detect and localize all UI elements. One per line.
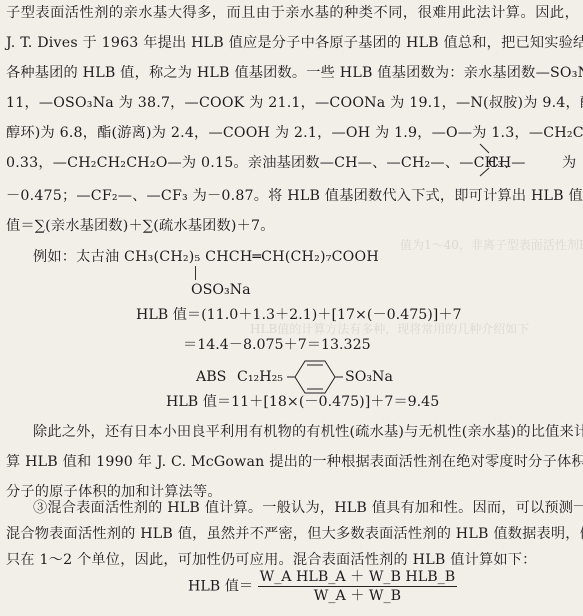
alkyl-chain: C₁₂H₂₅	[237, 367, 283, 387]
text-fragment: 为	[562, 153, 576, 173]
text-line: 各种基团的 HLB 值，称之为 HLB 值基团数。一些 HLB 值基团数为：亲水…	[6, 63, 579, 83]
text-line: 混合物表面活性剂的 HLB 值，虽然并不严密，但大多数表面活性剂的 HLB 值数…	[6, 524, 579, 544]
text-line: ③混合表面活性剂的 HLB 值计算。一般认为，HLB 值具有加和性。因而，可以预…	[33, 498, 579, 518]
formula-lhs: HLB 值＝	[188, 579, 253, 595]
sulfonate-group: SO₃Na	[345, 367, 393, 387]
benzene-ring-icon	[287, 357, 347, 397]
text-line: －0.475；—CF₂—、—CF₃ 为－0.87。将 HLB 值基团数代入下式，…	[6, 186, 579, 206]
formula-denominator: W_A ＋ W_B	[258, 587, 458, 605]
branch-bond-icon	[195, 266, 196, 280]
formula-fraction: W_A HLB_A ＋ W_B HLB_B W_A ＋ W_B	[258, 568, 458, 605]
scanned-page: 值为1～40，非离子型表面活性剂HLB值为1～20 HLB值的计算方法有多种，现…	[0, 0, 583, 616]
calculation-line: HLB 值＝11＋[18×(－0.475)]＋7＝9.45	[166, 392, 439, 412]
calculation-line: HLB 值＝(11.0＋1.3＋2.1)＋[17×(－0.475)]＋7	[136, 305, 462, 325]
text-line: 醇环)为 6.8，酯(游离)为 2.4，—COOH 为 2.1，—OH 为 1.…	[6, 123, 579, 143]
branch-substituent: OSO₃Na	[191, 280, 251, 300]
calculation-result: ＝14.4－8.075＋7＝13.325	[183, 335, 371, 355]
text-line: 0.33，—CH₂CH₂CH₂O—为 0.15。亲油基团数—CH—、—CH₂—、…	[6, 153, 518, 173]
abs-label: ABS	[196, 367, 226, 387]
branch-bonds-icon	[480, 144, 494, 184]
text-line: J. T. Dives 于 1963 年提出 HLB 值应是分子中各原子基团的 …	[6, 33, 579, 53]
text-line: 11，—OSO₃Na 为 38.7，—COOK 为 21.1，—COONa 为 …	[6, 93, 579, 113]
text-line: 子型表面活性剂的亲水基大得多，而且由于亲水基的种类不同，很难用此法计算。因此，	[6, 3, 579, 23]
text-line: 除此之外，还有日本小田良平利用有机物的有机性(疏水基)与无机性(亲水基)的比值来…	[33, 422, 579, 442]
example-intro: 例如：太古油 CH₃(CH₂)₅ CHCH═CH(CH₂)₇COOH	[33, 247, 579, 267]
text-line: 只在 1～2 个单位，因此，可加性仍可应用。混合表面活性剂的 HLB 值计算如下…	[6, 550, 579, 570]
text-line: 值＝∑(亲水基团数)＋∑(疏水基团数)＋7。	[6, 216, 579, 236]
text-line: 算 HLB 值和 1990 年 J. C. McGowan 提出的一种根据表面活…	[6, 452, 579, 472]
formula-numerator: W_A HLB_A ＋ W_B HLB_B	[258, 568, 458, 587]
mix-formula: HLB 值＝ W_A HLB_A ＋ W_B HLB_B W_A ＋ W_B	[188, 568, 457, 605]
